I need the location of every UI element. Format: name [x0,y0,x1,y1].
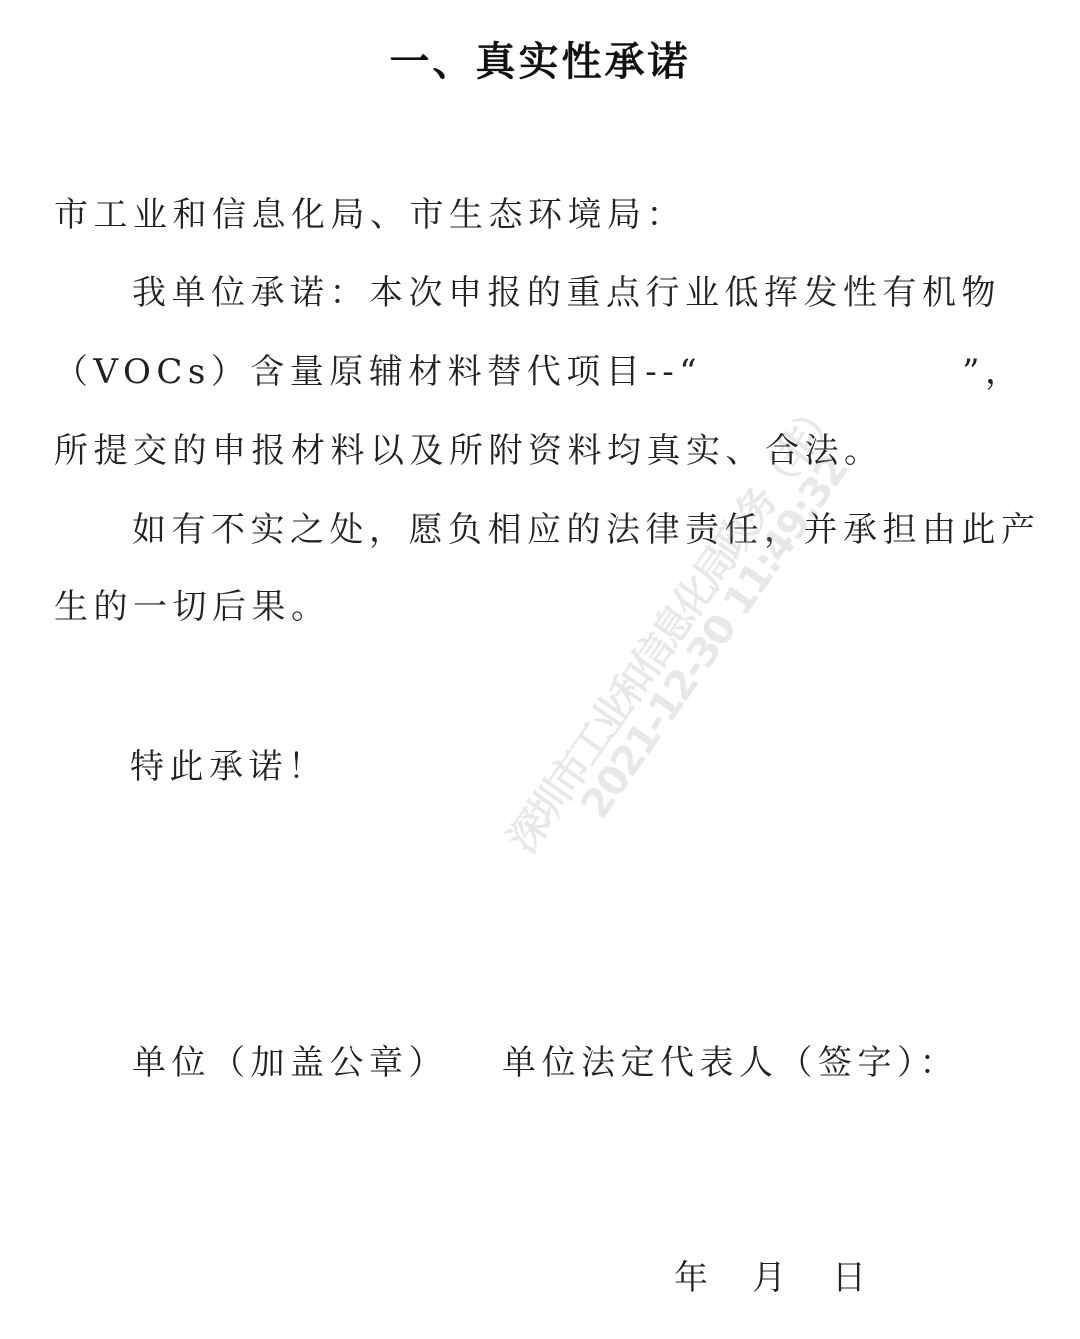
unit-seal-label: 单位（加盖公章） [132,1041,448,1085]
document-title: 一、真实性承诺 [0,38,1080,86]
project-name-blank [702,357,962,391]
document-page: 一、真实性承诺 市工业和信息化局、市生态环境局： 我单位承诺：本次申报的重点行业… [0,0,1080,1339]
date-year-label: 年 [674,1256,708,1300]
paragraph-1-line-2: （VOCs）含量原辅材料替代项目--“”， [54,350,1025,394]
project-suffix: ”， [962,352,1024,392]
addressee: 市工业和信息化局、市生态环境局： [54,193,686,237]
date-day-label: 日 [832,1256,866,1300]
legal-representative-label: 单位法定代表人（签字）： [502,1041,959,1085]
watermark-timestamp: 2021-12-30 11:49:32 [573,448,856,826]
paragraph-2-line-2: 生的一切后果。 [54,585,331,629]
date-month-label: 月 [752,1256,786,1300]
closing-statement: 特此承诺！ [130,745,328,789]
project-prefix: （VOCs）含量原辅材料替代项目--“ [54,352,702,392]
paragraph-1-line-3: 所提交的申报材料以及所附资料均真实、合法。 [54,429,884,473]
paragraph-2-line-1: 如有不实之处，愿负相应的法律责任，并承担由此产 [132,508,1041,552]
paragraph-1-line-1: 我单位承诺：本次申报的重点行业低挥发性有机物 [132,271,1001,315]
